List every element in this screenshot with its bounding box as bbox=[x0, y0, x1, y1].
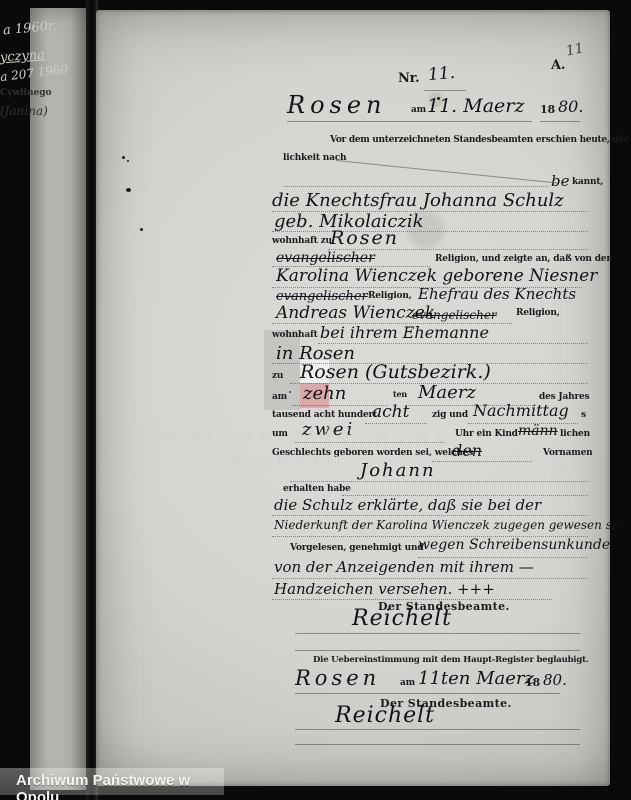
entry-mother-status: Ehefrau des Knechts bbox=[418, 285, 576, 303]
form-wohnhaft: wohnhaft bbox=[272, 330, 318, 340]
ruled-line bbox=[272, 515, 588, 516]
ink-spot bbox=[126, 188, 131, 192]
entry-cert-place: Rosen bbox=[295, 666, 380, 690]
entry-time-of-day: Nachmittag bbox=[473, 401, 569, 420]
entry-cert-date: 11ten Maerz bbox=[418, 668, 534, 689]
entry-wegen-schreibensunkunde: wegen Schreibensunkunde bbox=[418, 537, 610, 553]
dateline-year-written: 80. bbox=[558, 97, 583, 116]
ink-spot bbox=[127, 160, 129, 162]
form-vornamen: Vornamen bbox=[543, 448, 592, 458]
entry-year-tens: acht bbox=[372, 402, 409, 422]
form-am: am bbox=[272, 392, 287, 402]
ruled-line bbox=[295, 650, 580, 651]
archive-caption-bar: Archiwum Państwowe w Opolu bbox=[0, 768, 224, 795]
ruled-line bbox=[365, 423, 427, 424]
ruled-line bbox=[295, 744, 580, 745]
entry-birth-day: zehn bbox=[303, 383, 346, 404]
margin-note: yczyna bbox=[0, 47, 45, 65]
entry-declaration-line2: Niederkunft der Karolina Wienczek zugege… bbox=[274, 518, 623, 532]
entry-declarant-name: die Knechtsfrau Johanna Schulz bbox=[272, 190, 564, 211]
ruled-line bbox=[295, 633, 580, 634]
ruled-line bbox=[424, 90, 466, 91]
ruled-line bbox=[318, 343, 588, 344]
entry-birth-month: Maerz bbox=[418, 382, 476, 403]
entry-father-religion: evangelischer bbox=[412, 308, 497, 322]
entry-bekannt-hw: be bbox=[551, 172, 569, 190]
form-religion2: Religion, bbox=[368, 291, 412, 301]
margin-signature: (Janina) bbox=[0, 104, 48, 118]
form-intro-line2: lichkeit nach bbox=[283, 153, 346, 163]
form-religion-zeigte-an: Religion, und zeigte an, daß von der bbox=[435, 254, 611, 264]
signature-registrar: Reichelt bbox=[352, 606, 452, 631]
form-ten: ten bbox=[393, 389, 407, 399]
entry-residence: Rosen bbox=[330, 227, 399, 249]
ruled-line bbox=[290, 481, 588, 482]
form-erhalten-habe: erhalten habe bbox=[283, 484, 351, 494]
form-beglaubigt: Die Uebereinstimmung mit dem Haupt-Regis… bbox=[313, 655, 589, 665]
ruled-line bbox=[272, 231, 588, 232]
ruled-line bbox=[540, 121, 580, 122]
entry-den: den bbox=[452, 441, 482, 460]
form-bekannt: kannt, bbox=[572, 177, 603, 187]
archive-watermark-line1: ARCHIWUM PAŃSTWOWE bbox=[138, 426, 453, 444]
ruled-line bbox=[295, 729, 580, 730]
dateline-date: 11. Maerz bbox=[427, 95, 524, 117]
ruled-line bbox=[283, 186, 548, 187]
entry-residence-with-husband: bei ihrem Ehemanne bbox=[320, 323, 489, 342]
entry-declaration-line1: die Schulz erklärte, daß sie bei der bbox=[274, 496, 541, 514]
ruled-line bbox=[272, 578, 588, 579]
form-lichen: lichen bbox=[560, 429, 590, 439]
margin-stamp: Cywilnego bbox=[0, 88, 52, 98]
entry-handzeichen: Handzeichen versehen. +++ bbox=[274, 580, 495, 598]
section-letter: A. bbox=[551, 58, 565, 73]
signature-registrar2: Reichelt bbox=[335, 703, 435, 728]
form-uhr-ein-kind: Uhr ein Kind bbox=[455, 429, 518, 439]
entry-mother-religion: evangelischer bbox=[276, 289, 368, 304]
form-religion3: Religion, bbox=[516, 308, 560, 318]
ruled-line bbox=[295, 693, 560, 694]
ink-spot bbox=[122, 156, 125, 159]
entry-cert-year-written: 80. bbox=[543, 671, 567, 689]
ink-spot bbox=[140, 228, 143, 231]
ruled-line bbox=[287, 121, 532, 122]
entry-birthplace: Rosen (Gutsbezirk.) bbox=[300, 361, 491, 383]
form-wohnhaft-zu: wohnhaft zu bbox=[272, 236, 332, 246]
dateline-place: Rosen bbox=[287, 91, 387, 119]
ruled-line bbox=[432, 461, 532, 462]
form-s-suffix: s bbox=[581, 410, 586, 420]
record-number-value: 11. bbox=[427, 63, 456, 85]
record-number-label: Nr. bbox=[398, 71, 419, 86]
entry-von-der-anzeigenden: von der Anzeigenden mit ihrem — bbox=[274, 558, 534, 576]
entry-religion-declarant: evangelischer bbox=[276, 250, 375, 266]
form-zu: zu bbox=[272, 371, 283, 381]
dateline-year-printed: 18 bbox=[540, 103, 555, 116]
form-cert-year-printed: 18 bbox=[525, 676, 540, 689]
previous-page-edge bbox=[30, 8, 88, 790]
entry-sex: männ bbox=[518, 423, 558, 439]
form-intro-line1: Vor dem unterzeichneten Standesbeamten e… bbox=[330, 135, 631, 145]
form-cert-am: am bbox=[400, 678, 415, 688]
form-vorgelesen: Vorgelesen, genehmigt und bbox=[290, 543, 423, 553]
form-zig-und: zig und bbox=[432, 410, 468, 420]
entry-child-name: Johann bbox=[360, 460, 436, 481]
archive-caption-text: Archiwum Państwowe w Opolu bbox=[16, 772, 224, 800]
dateline-am: am bbox=[411, 105, 426, 115]
scan-background: a 1960r. yczyna a 207 1960 Cywilnego (Ja… bbox=[0, 0, 631, 800]
entry-mother-name: Karolina Wienczek geborene Niesner bbox=[276, 266, 597, 286]
archive-watermark-line2: W OPOLU bbox=[226, 452, 346, 470]
